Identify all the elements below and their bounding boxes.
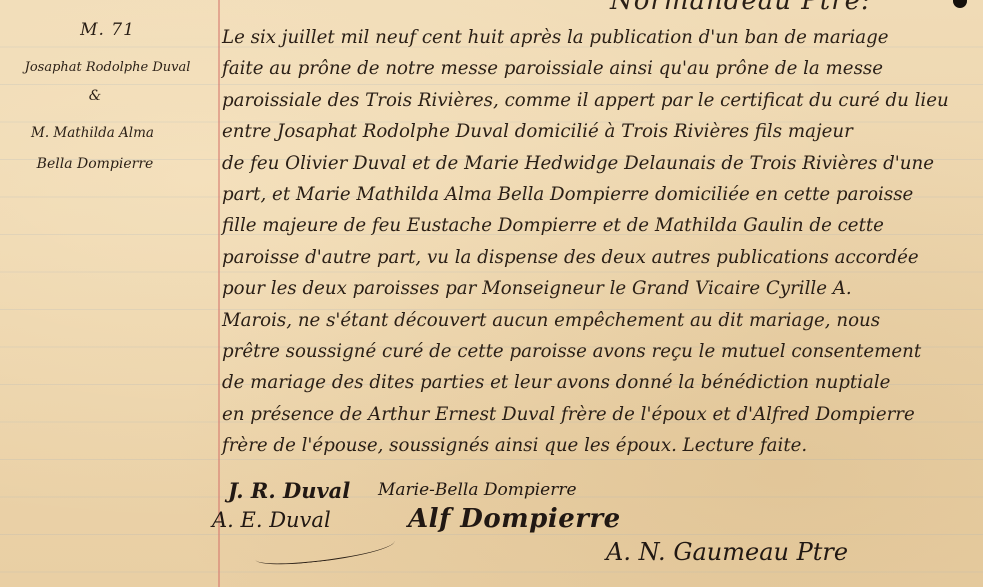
record-line: de feu Olivier Duval et de Marie Hedwidg…: [222, 148, 977, 179]
record-line: entre Josaphat Rodolphe Duval domicilié …: [222, 116, 977, 147]
groom-signature: J. R. Duval: [228, 478, 350, 503]
record-line: paroissiale des Trois Rivières, comme il…: [222, 85, 977, 116]
previous-entry-signature: Normandeau Ptre:: [610, 0, 871, 16]
record-line: paroisse d'autre part, vu la dispense de…: [222, 242, 977, 273]
record-line: fille majeure de feu Eustache Dompierre …: [222, 210, 977, 241]
signature-flourish: [254, 533, 395, 569]
record-line: pour les deux paroisses par Monseigneur …: [222, 273, 977, 304]
entry-number: M. 71: [0, 20, 215, 40]
record-line: en présence de Arthur Ernest Duval frère…: [222, 399, 977, 430]
witness-1-signature: A. E. Duval: [212, 508, 331, 532]
ink-blot: [953, 0, 967, 8]
record-line: part, et Marie Mathilda Alma Bella Dompi…: [222, 179, 977, 210]
margin-bride-name-line-2: Bella Dompierre: [0, 156, 190, 172]
margin-bride-name-line-1: M. Mathilda Alma: [0, 125, 185, 141]
margin-rule: [218, 0, 220, 587]
record-line: de mariage des dites parties et leur avo…: [222, 367, 977, 398]
margin-groom-name: Josaphat Rodolphe Duval: [0, 60, 215, 75]
priest-signature: A. N. Gaumeau Ptre: [606, 538, 848, 566]
record-line: prêtre soussigné curé de cette paroisse …: [222, 336, 977, 367]
margin-ampersand: &: [0, 88, 190, 104]
bride-signature: Marie-Bella Dompierre: [378, 480, 577, 500]
register-page: Normandeau Ptre: M. 71 Josaphat Rodolphe…: [0, 0, 983, 587]
witness-2-signature: Alf Dompierre: [408, 504, 621, 534]
record-line: frère de l'épouse, soussignés ainsi que …: [222, 430, 977, 461]
record-line: Le six juillet mil neuf cent huit après …: [222, 22, 977, 53]
record-line: Marois, ne s'étant découvert aucun empêc…: [222, 305, 977, 336]
marriage-record-body: Le six juillet mil neuf cent huit après …: [222, 22, 977, 461]
record-line: faite au prône de notre messe paroissial…: [222, 53, 977, 84]
